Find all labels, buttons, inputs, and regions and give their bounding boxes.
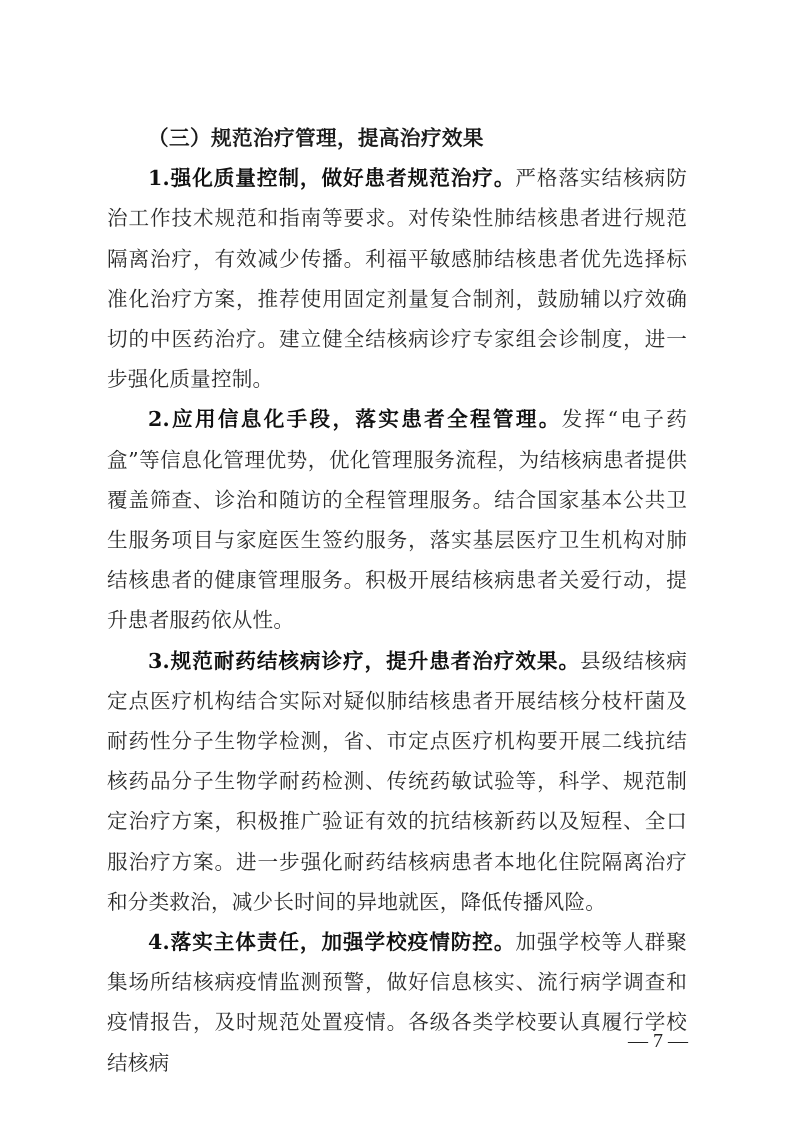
- paragraph-lead: 4.落实主体责任，加强学校疫情防控。: [148, 930, 515, 954]
- document-page: （三）规范治疗管理，提高治疗效果 1.强化质量控制，做好患者规范治疗。严格落实结…: [107, 118, 687, 1083]
- paragraph-body: 发挥“电子药盒”等信息化管理优势，优化管理服务流程，为结核病患者提供覆盖筛查、诊…: [107, 407, 687, 632]
- page-number: — 7 —: [628, 1030, 688, 1053]
- paragraph-2: 2.应用信息化手段，落实患者全程管理。发挥“电子药盒”等信息化管理优势，优化管理…: [107, 399, 687, 640]
- paragraph-lead: 1.强化质量控制，做好患者规范治疗。: [148, 166, 515, 190]
- section-heading: （三）规范治疗管理，提高治疗效果: [107, 118, 687, 158]
- paragraph-1: 1.强化质量控制，做好患者规范治疗。严格落实结核病防治工作技术规范和指南等要求。…: [107, 158, 687, 399]
- paragraph-3: 3.规范耐药结核病诊疗，提升患者治疗效果。县级结核病定点医疗机构结合实际对疑似肺…: [107, 641, 687, 922]
- paragraph-body: 严格落实结核病防治工作技术规范和指南等要求。对传染性肺结核患者进行规范隔离治疗，…: [107, 166, 687, 391]
- paragraph-body: 县级结核病定点医疗机构结合实际对疑似肺结核患者开展结核分枝杆菌及耐药性分子生物学…: [107, 649, 687, 914]
- paragraph-lead: 2.应用信息化手段，落实患者全程管理。: [148, 407, 562, 431]
- paragraph-lead: 3.规范耐药结核病诊疗，提升患者治疗效果。: [148, 649, 580, 673]
- paragraph-4: 4.落实主体责任，加强学校疫情防控。加强学校等人群聚集场所结核病疫情监测预警，做…: [107, 922, 687, 1083]
